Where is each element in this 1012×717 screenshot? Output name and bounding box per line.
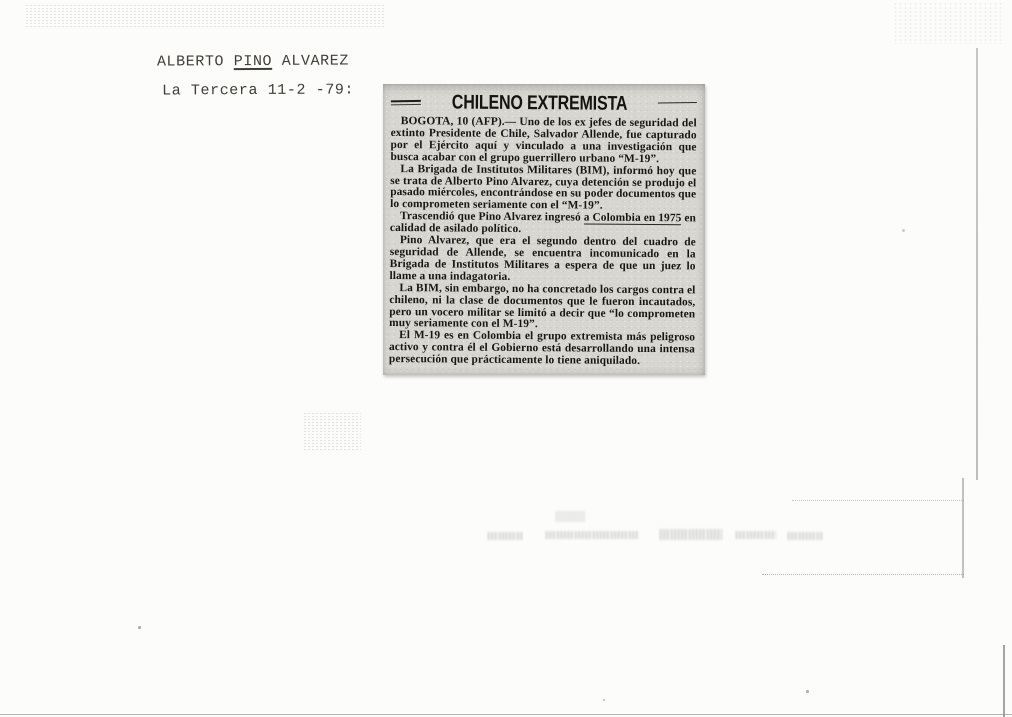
headline-rule-left <box>391 99 421 104</box>
headline-rule-right <box>658 101 697 107</box>
bleed-segment <box>788 532 824 540</box>
ink-dot <box>806 690 809 693</box>
scan-speckle-top-left <box>25 4 385 29</box>
bleed-segment <box>488 532 524 540</box>
scan-speckle-top-right <box>893 2 1005 44</box>
page-edge-line-bottom <box>0 714 1012 715</box>
clipping-content: CHILENO EXTREMISTA BOGOTA, 10 (AFP).— Un… <box>389 92 697 368</box>
page-edge-dotted-line-2 <box>762 574 964 575</box>
newspaper-clipping: CHILENO EXTREMISTA BOGOTA, 10 (AFP).— Un… <box>383 84 705 375</box>
page-edge-line-right-lower <box>962 478 964 578</box>
headline-row: CHILENO EXTREMISTA <box>391 92 697 114</box>
article-body: BOGOTA, 10 (AFP).— Uno de los ex jefes d… <box>389 116 697 368</box>
ink-dot <box>138 626 141 629</box>
paragraph-3-pen-underlined: a Colombia en 1975 <box>584 212 682 226</box>
article-paragraph-2: La Brigada de Institutos Militares (BIM)… <box>390 164 696 214</box>
annotation-source-line: La Tercera 11-2 -79: <box>157 81 354 99</box>
ink-dot <box>902 229 905 232</box>
article-paragraph-4: Pino Alvarez, que era el segundo dentro … <box>390 235 696 285</box>
bleed-segment <box>660 529 722 540</box>
page-edge-line-bottom-right <box>1003 645 1005 717</box>
bleed-segment <box>546 531 638 539</box>
bleed-through-blob <box>556 511 586 522</box>
typewritten-annotation: ALBERTO PINO ALVAREZ La Tercera 11-2 -79… <box>157 52 354 99</box>
page-edge-dotted-line-1 <box>792 500 964 501</box>
annotation-name-line: ALBERTO PINO ALVAREZ <box>157 52 354 70</box>
article-paragraph-5: La BIM, sin embargo, no ha concretado lo… <box>389 283 695 333</box>
bleed-through-text-smudge <box>488 524 824 548</box>
scanned-document-page: ALBERTO PINO ALVAREZ La Tercera 11-2 -79… <box>0 0 1012 717</box>
bleed-segment <box>736 531 776 539</box>
article-paragraph-6: El M-19 es en Colombia el grupo extremis… <box>389 330 695 368</box>
page-edge-line-right-upper <box>976 48 978 480</box>
annotation-name-after: ALVAREZ <box>272 53 349 70</box>
clipping-headline: CHILENO EXTREMISTA <box>452 92 628 113</box>
article-paragraph-1: BOGOTA, 10 (AFP).— Uno de los ex jefes d… <box>390 116 696 166</box>
annotation-name-underlined: PINO <box>234 53 272 70</box>
scan-smudge-mid-left <box>303 412 361 450</box>
ink-dot <box>603 699 605 701</box>
annotation-name-before: ALBERTO <box>157 53 234 70</box>
